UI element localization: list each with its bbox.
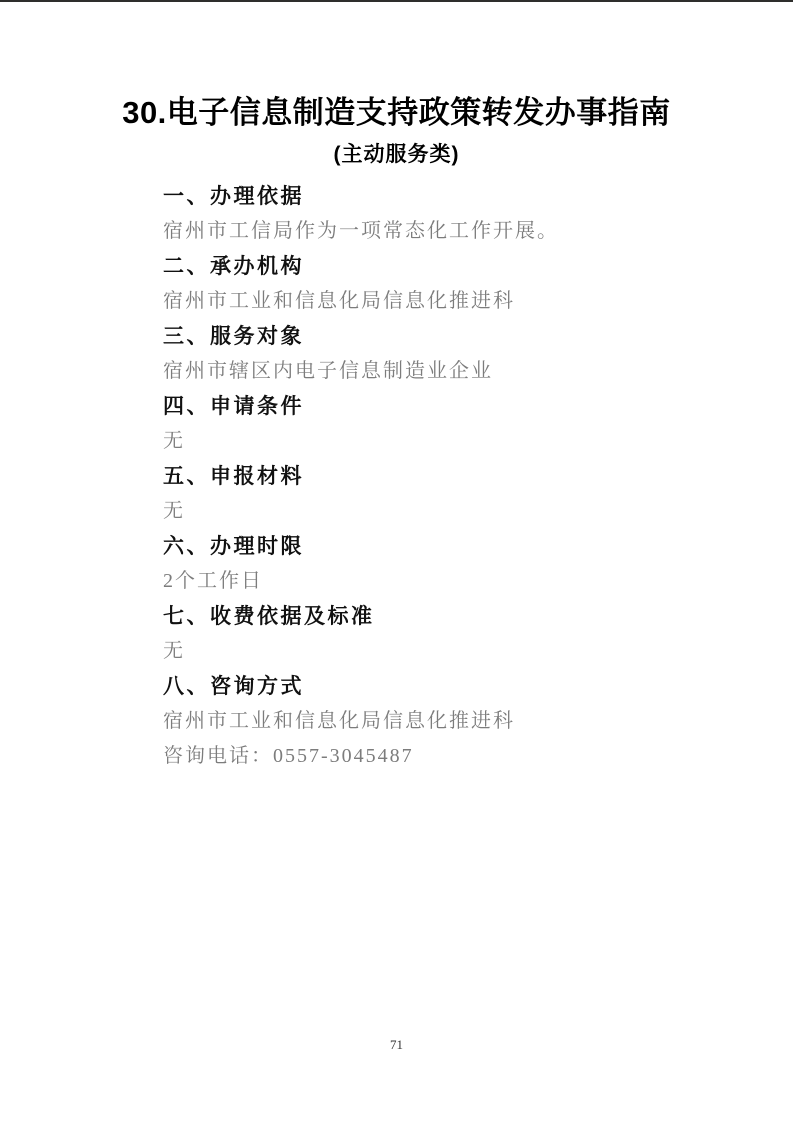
section-body-line: 宿州市辖区内电子信息制造业企业	[163, 354, 703, 389]
section-heading: 三、服务对象	[163, 319, 703, 354]
section-heading: 二、承办机构	[163, 249, 703, 284]
section-heading: 四、申请条件	[163, 389, 703, 424]
section-5-application-materials: 五、申报材料 无	[163, 459, 703, 529]
section-body-line: 宿州市工信局作为一项常态化工作开展。	[163, 214, 703, 249]
page-number: 71	[0, 1036, 793, 1054]
section-heading: 五、申报材料	[163, 459, 703, 494]
page-subtitle: (主动服务类)	[0, 140, 793, 170]
section-8-contact: 八、咨询方式 宿州市工业和信息化局信息化推进科 咨询电话：0557-304548…	[163, 669, 703, 774]
section-2-agency: 二、承办机构 宿州市工业和信息化局信息化推进科	[163, 249, 703, 319]
page-title: 30.电子信息制造支持政策转发办事指南	[0, 94, 793, 132]
section-heading: 七、收费依据及标准	[163, 599, 703, 634]
section-heading: 八、咨询方式	[163, 669, 703, 704]
section-body-line: 宿州市工业和信息化局信息化推进科	[163, 704, 703, 739]
document-content: 一、办理依据 宿州市工信局作为一项常态化工作开展。 二、承办机构 宿州市工业和信…	[163, 179, 703, 774]
section-body-line: 无	[163, 494, 703, 529]
section-4-application-conditions: 四、申请条件 无	[163, 389, 703, 459]
document-page: 30.电子信息制造支持政策转发办事指南 (主动服务类) 一、办理依据 宿州市工信…	[0, 0, 793, 1122]
section-6-processing-time: 六、办理时限 2个工作日	[163, 529, 703, 599]
section-body-line-phone: 咨询电话：0557-3045487	[163, 739, 703, 774]
section-1-basis: 一、办理依据 宿州市工信局作为一项常态化工作开展。	[163, 179, 703, 249]
section-body-line: 2个工作日	[163, 564, 703, 599]
section-heading: 六、办理时限	[163, 529, 703, 564]
section-7-fee-basis: 七、收费依据及标准 无	[163, 599, 703, 669]
section-body-line: 无	[163, 634, 703, 669]
section-body-line: 无	[163, 424, 703, 459]
section-body-line: 宿州市工业和信息化局信息化推进科	[163, 284, 703, 319]
section-heading: 一、办理依据	[163, 179, 703, 214]
page-top-edge-line	[0, 0, 793, 2]
section-3-service-target: 三、服务对象 宿州市辖区内电子信息制造业企业	[163, 319, 703, 389]
